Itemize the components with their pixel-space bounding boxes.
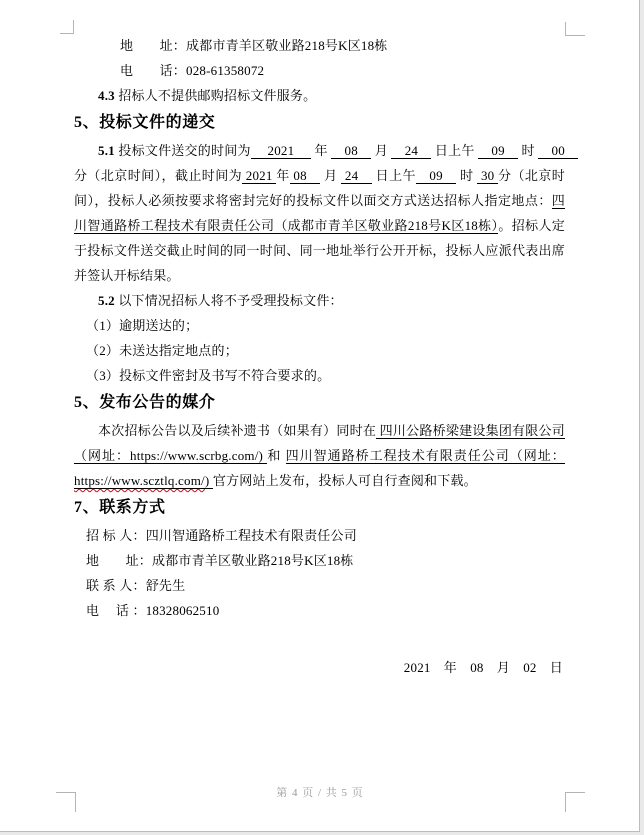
document-page: 地 址：成都市青羊区敬业路218号K区18栋电 话：028-613580724.… (0, 0, 640, 832)
list-item-3: （3）投标文件密封及书写不符合要求的。 (86, 363, 565, 388)
text-segment: 日上午 (431, 143, 478, 158)
text-segment: 08 (290, 168, 321, 184)
date-line: 2021 年 08 月 02 日 (74, 655, 565, 680)
heading-announcement-media: 5、发布公告的媒介 (74, 388, 565, 418)
text-segment: 7、联系方式 (74, 499, 166, 516)
text-segment: 09 (416, 168, 457, 184)
text-segment: （3）投标文件密封及书写不符合要求的。 (86, 368, 330, 383)
contact-bidder-line: 招 标 人：四川智通路桥工程技术有限责任公司 (86, 523, 565, 548)
purchase-address-line: 地 址：成都市青羊区敬业路218号K区18栋 (120, 33, 565, 58)
para-media: 本次招标公告以及后续补遗书（如果有）同时在 四川公路桥梁建设集团有限公司（网址：… (74, 418, 565, 493)
text-segment: （网址：https://www.scrbg.com/) (74, 448, 267, 464)
document-content: 地 址：成都市青羊区敬业路218号K区18栋电 话：028-613580724.… (74, 33, 565, 680)
text-segment: 月 (320, 168, 341, 183)
text-segment: 5、发布公告的媒介 (74, 394, 215, 411)
text-segment: 地 址：成都市青羊区敬业路218号K区18栋 (86, 553, 354, 568)
contact-phone-line: 电 话 ：18328062510 (86, 598, 565, 623)
contact-address-line: 地 址：成都市青羊区敬业路218号K区18栋 (86, 548, 565, 573)
text-segment: ) (205, 473, 213, 489)
text-boundary-mark-top-right (565, 22, 585, 36)
text-segment: 电 话 ：18328062510 (86, 603, 219, 618)
contact-person-line: 联 系 人：舒先生 (86, 573, 565, 598)
text-segment: 官方网站上发布，投标人可自行查阅和下载。 (213, 473, 477, 488)
text-segment: 和 (267, 448, 285, 463)
text-segment: 24 (341, 168, 372, 184)
list-item-1: （1）逾期送达的； (86, 313, 565, 338)
text-segment: 时 (518, 143, 538, 158)
para-5-1: 5.1 投标文件送交的时间为 2021 年 08 月 24 日上午 09 时 0… (74, 138, 565, 288)
text-segment: 年 (276, 168, 289, 183)
text-boundary-mark-top-left (60, 20, 74, 34)
text-segment: 四川公路桥梁建设集团有限公司 (376, 423, 565, 439)
text-segment: 5.1 (98, 143, 118, 158)
text-segment: 投标文件送交的时间为 (118, 143, 250, 158)
text-segment: 2021 (242, 168, 276, 184)
text-segment: 5.2 (98, 293, 118, 308)
text-segment: 招 标 人：四川智通路桥工程技术有限责任公司 (86, 528, 357, 543)
text-segment: 地 址：成都市青羊区敬业路218号K区18栋 (120, 38, 388, 53)
text-segment: 5、投标文件的递交 (74, 114, 215, 131)
text-segment: （2）未送达指定地点的； (86, 343, 238, 358)
text-segment: 30 (477, 168, 498, 184)
para-5-2: 5.2 以下情况招标人将不予受理投标文件： (74, 288, 565, 313)
purchase-phone-line: 电 话：028-61358072 (120, 58, 565, 83)
clause-4-3: 4.3 招标人不提供邮购招标文件服务。 (74, 83, 565, 108)
word-document-view: { "document": { "footer": { "text": "第 4… (0, 0, 644, 835)
text-segment: 本次招标公告以及后续补遗书（如果有）同时在 (98, 423, 376, 438)
text-segment: 月 (371, 143, 391, 158)
url-text: https://www.scztlq.com/ (74, 473, 205, 489)
text-segment: 时 (456, 168, 477, 183)
heading-contact: 7、联系方式 (74, 493, 565, 523)
text-segment: 24 (391, 143, 431, 159)
text-segment: 2021 年 08 月 02 日 (404, 660, 563, 675)
text-segment: 日上午 (372, 168, 416, 183)
text-segment: 以下情况招标人将不予受理投标文件： (118, 293, 342, 308)
text-segment: 00 (538, 143, 578, 159)
text-segment: 09 (478, 143, 518, 159)
text-segment: 四川智通路桥工程技术有限责任公司（网址： (286, 448, 565, 464)
text-segment: 年 (311, 143, 331, 158)
heading-bid-submission: 5、投标文件的递交 (74, 108, 565, 138)
list-item-2: （2）未送达指定地点的； (86, 338, 565, 363)
text-segment: 08 (331, 143, 371, 159)
text-segment: 招标人不提供邮购招标文件服务。 (118, 88, 316, 103)
text-segment: 2021 (251, 143, 311, 159)
text-segment: 4.3 (98, 88, 118, 103)
page-footer: 第 4 页 / 共 5 页 (0, 784, 640, 802)
text-segment: （1）逾期送达的； (86, 318, 198, 333)
text-segment: 联 系 人：舒先生 (86, 578, 185, 593)
text-segment: 电 话：028-61358072 (120, 63, 264, 78)
